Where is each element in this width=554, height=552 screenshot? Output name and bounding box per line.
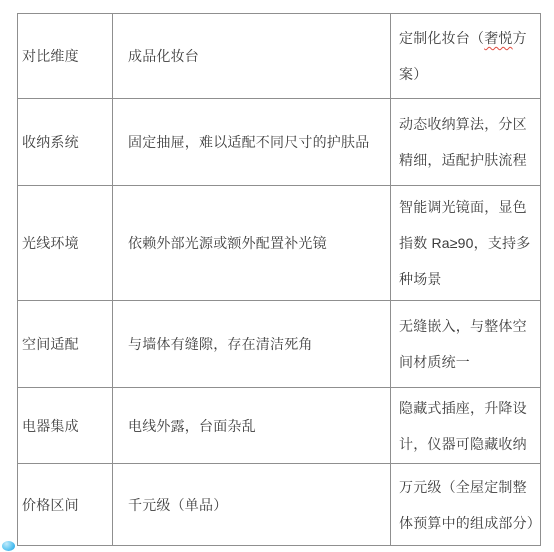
dimension-label: 光线环境 — [22, 235, 79, 251]
cell-dimension: 电器集成 — [18, 388, 113, 464]
header-cell-finished: 成品化妆台 — [113, 14, 391, 99]
cell-custom: 无缝嵌入，与整体空间材质统一 — [391, 301, 541, 388]
table-row: 电器集成 电线外露，台面杂乱 隐藏式插座，升降设计，仪器可隐藏收纳 — [18, 388, 541, 464]
cell-custom: 动态收纳算法，分区精细，适配护肤流程 — [391, 99, 541, 186]
document-page: 对比维度 成品化妆台 定制化妆台（奢悦方案） 收纳系统 固定抽屉，难以适配不同尺… — [0, 0, 554, 552]
table-row: 空间适配 与墙体有缝隙，存在清洁死角 无缝嵌入，与整体空间材质统一 — [18, 301, 541, 388]
cell-custom: 万元级（全屋定制整体预算中的组成部分） — [391, 464, 541, 546]
header-finished-label: 成品化妆台 — [128, 48, 199, 64]
dimension-label: 空间适配 — [22, 336, 79, 352]
dimension-label: 收纳系统 — [22, 134, 79, 150]
dimension-label: 价格区间 — [22, 497, 79, 513]
cell-dimension: 光线环境 — [18, 186, 113, 301]
table-row: 收纳系统 固定抽屉，难以适配不同尺寸的护肤品 动态收纳算法，分区精细，适配护肤流… — [18, 99, 541, 186]
custom-value: 无缝嵌入，与整体空间材质统一 — [399, 318, 527, 370]
header-cell-custom: 定制化妆台（奢悦方案） — [391, 14, 541, 99]
cell-custom: 隐藏式插座，升降设计，仪器可隐藏收纳 — [391, 388, 541, 464]
spellcheck-marked-word: 奢悦 — [484, 30, 512, 46]
cell-finished: 电线外露，台面杂乱 — [113, 388, 391, 464]
table-header-row: 对比维度 成品化妆台 定制化妆台（奢悦方案） — [18, 14, 541, 99]
cell-dimension: 收纳系统 — [18, 99, 113, 186]
finished-value: 固定抽屉，难以适配不同尺寸的护肤品 — [128, 134, 369, 150]
cell-finished: 与墙体有缝隙，存在清洁死角 — [113, 301, 391, 388]
cell-finished: 固定抽屉，难以适配不同尺寸的护肤品 — [113, 99, 391, 186]
cell-custom: 智能调光镜面，显色指数 Ra≥90，支持多种场景 — [391, 186, 541, 301]
cell-finished: 千元级（单品） — [113, 464, 391, 546]
finished-value: 与墙体有缝隙，存在清洁死角 — [128, 336, 313, 352]
custom-value: 万元级（全屋定制整体预算中的组成部分） — [399, 479, 541, 531]
finished-value: 电线外露，台面杂乱 — [128, 418, 256, 434]
text-selection-handle[interactable] — [2, 541, 15, 551]
header-cell-dimension: 对比维度 — [18, 14, 113, 99]
cell-dimension: 价格区间 — [18, 464, 113, 546]
finished-value: 千元级（单品） — [128, 497, 227, 513]
comparison-table: 对比维度 成品化妆台 定制化妆台（奢悦方案） 收纳系统 固定抽屉，难以适配不同尺… — [17, 13, 541, 546]
custom-value: 隐藏式插座，升降设计，仪器可隐藏收纳 — [399, 400, 527, 452]
dimension-label: 电器集成 — [22, 418, 79, 434]
cell-finished: 依赖外部光源或额外配置补光镜 — [113, 186, 391, 301]
header-dimension-label: 对比维度 — [22, 48, 79, 64]
custom-value: 智能调光镜面，显色指数 Ra≥90，支持多种场景 — [399, 199, 530, 287]
table-row: 价格区间 千元级（单品） 万元级（全屋定制整体预算中的组成部分） — [18, 464, 541, 546]
cell-dimension: 空间适配 — [18, 301, 113, 388]
finished-value: 依赖外部光源或额外配置补光镜 — [128, 235, 327, 251]
header-custom-prefix: 定制化妆台（ — [399, 30, 484, 46]
custom-value: 动态收纳算法，分区精细，适配护肤流程 — [399, 116, 527, 168]
table-row: 光线环境 依赖外部光源或额外配置补光镜 智能调光镜面，显色指数 Ra≥90，支持… — [18, 186, 541, 301]
